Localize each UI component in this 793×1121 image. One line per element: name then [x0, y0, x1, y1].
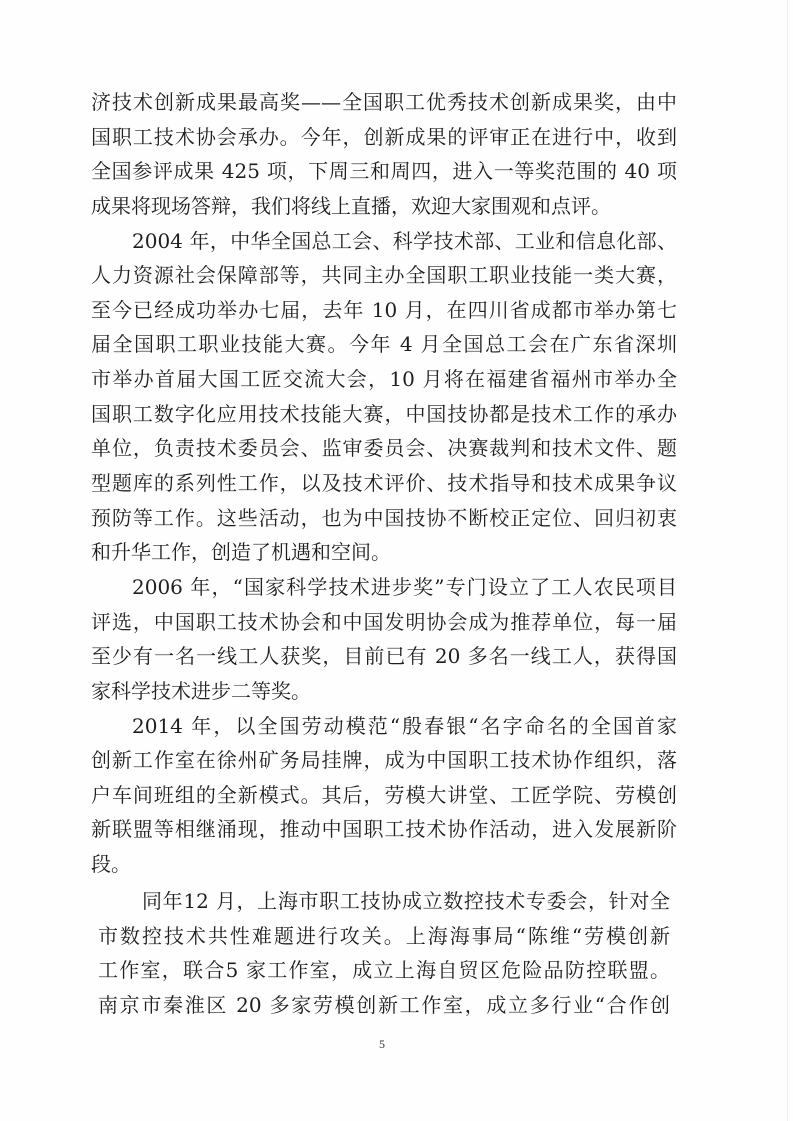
- text-line: 2006 年，“国家科学技术进步奖”专门设立了工人农民项目: [91, 570, 677, 605]
- page-number: 5: [376, 1037, 388, 1052]
- text-line: 户车间班组的全新模式。其后，劳模大讲堂、工匠学院、劳模创: [91, 778, 677, 813]
- text-line: 和升华工作，创造了机遇和空间。: [91, 535, 677, 570]
- paragraph: 2014 年，以全国劳动模范“殷春银“名字命名的全国首家 创新工作室在徐州矿务局…: [91, 709, 677, 882]
- text-line: 全国参评成果 425 项，下周三和周四，进入一等奖范围的 40 项: [91, 154, 677, 189]
- text-line: 新联盟等相继涌现，推动中国职工技术协作活动，进入发展新阶: [91, 812, 677, 847]
- text-line: 评选，中国职工技术协会和中国发明协会成为推荐单位，每一届: [91, 605, 677, 640]
- text-line: 成果将现场答辩，我们将线上直播，欢迎大家围观和点评。: [91, 189, 677, 224]
- text-line: 预防等工作。这些活动，也为中国技协不断校正定位、回归初衷: [91, 501, 677, 536]
- paragraph: 2004 年，中华全国总工会、科学技术部、工业和信息化部、 人力资源社会保障部等…: [91, 224, 677, 570]
- text-line: 型题库的系列性工作，以及技术评价、技术指导和技术成果争议: [91, 466, 677, 501]
- text-line: 工作室，联合5 家工作室，成立上海自贸区危险品防控联盟。: [98, 953, 670, 988]
- text-line: 2004 年，中华全国总工会、科学技术部、工业和信息化部、: [91, 224, 677, 259]
- text-line: 至今已经成功举办七届，去年 10 月，在四川省成都市举办第七: [91, 293, 677, 328]
- text-line: 市举办首届大国工匠交流大会，10 月将在福建省福州市举办全: [91, 362, 677, 397]
- text-line: 人力资源社会保障部等，共同主办全国职工职业技能一类大赛，: [91, 258, 677, 293]
- body-text-main: 济技术创新成果最高奖——全国职工优秀技术创新成果奖，由中 国职工技术协会承办。今…: [91, 85, 677, 882]
- paragraph: 同年12 月，上海市职工技协成立数控技术专委会，针对全 市数控技术共性难题进行攻…: [98, 884, 670, 1023]
- text-line: 创新工作室在徐州矿务局挂牌，成为中国职工技术协作组织，落: [91, 743, 677, 778]
- body-text-last-paragraph: 同年12 月，上海市职工技协成立数控技术专委会，针对全 市数控技术共性难题进行攻…: [98, 884, 670, 1023]
- text-line: 家科学技术进步二等奖。: [91, 674, 677, 709]
- text-line: 段。: [91, 847, 677, 882]
- text-line: 市数控技术共性难题进行攻关。上海海事局“陈维“劳模创新: [98, 919, 670, 954]
- text-line: 至少有一名一线工人获奖，目前已有 20 多名一线工人，获得国: [91, 639, 677, 674]
- text-line: 国职工技术协会承办。今年，创新成果的评审正在进行中，收到: [91, 120, 677, 155]
- scan-edge-line: [787, 0, 788, 1121]
- text-line: 届全国职工职业技能大赛。今年 4 月全国总工会在广东省深圳: [91, 327, 677, 362]
- text-line: 同年12 月，上海市职工技协成立数控技术专委会，针对全: [98, 884, 670, 919]
- paragraph: 济技术创新成果最高奖——全国职工优秀技术创新成果奖，由中 国职工技术协会承办。今…: [91, 85, 677, 224]
- text-line: 南京市秦淮区 20 多家劳模创新工作室，成立多行业“合作创: [98, 988, 670, 1023]
- text-line: 国职工数字化应用技术技能大赛，中国技协都是技术工作的承办: [91, 397, 677, 432]
- text-line: 济技术创新成果最高奖——全国职工优秀技术创新成果奖，由中: [91, 85, 677, 120]
- text-line: 2014 年，以全国劳动模范“殷春银“名字命名的全国首家: [91, 709, 677, 744]
- document-page: 济技术创新成果最高奖——全国职工优秀技术创新成果奖，由中 国职工技术协会承办。今…: [0, 0, 793, 1121]
- text-line: 单位，负责技术委员会、监审委员会、决赛裁判和技术文件、题: [91, 431, 677, 466]
- paragraph: 2006 年，“国家科学技术进步奖”专门设立了工人农民项目 评选，中国职工技术协…: [91, 570, 677, 709]
